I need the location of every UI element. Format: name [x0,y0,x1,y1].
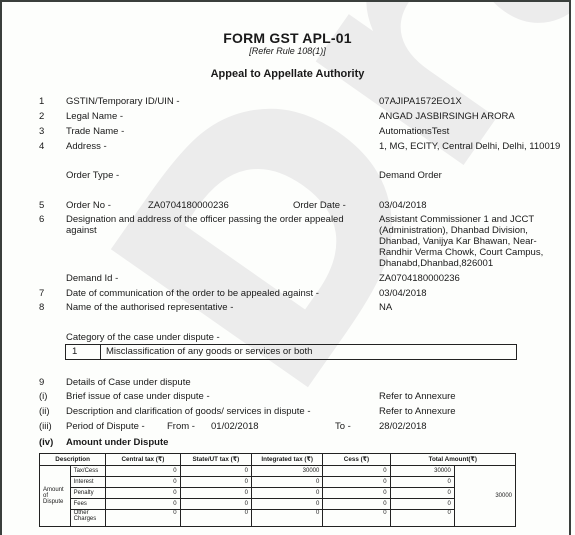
form-subtitle: [Refer Rule 108(1)] [2,46,571,56]
category-text: Misclassification of any goods or servic… [101,345,312,359]
table-row: Amount of DisputeTax/Cess003000003000030… [40,466,516,477]
order-type-label: Order Type - [66,170,119,181]
cess-cell: 0 [323,466,390,477]
order-type-value: Demand Order [379,170,442,181]
total-cell: 30000 [390,466,454,477]
field-number: 6 [39,214,44,225]
field-number: (iii) [39,421,52,432]
description-value: Refer to Annexure [379,406,456,417]
field-number: (ii) [39,406,50,417]
amount-table: Description Central tax (₹) State/UT tax… [39,453,516,527]
gstin-value: 07AJIPA1572EO1X [379,96,462,107]
period-from-value: 01/02/2018 [211,421,259,432]
officer-value: Assistant Commissioner 1 and JCCT (Admin… [379,214,564,269]
period-to-value: 28/02/2018 [379,421,427,432]
period-to-label: To - [335,421,351,432]
state-tax-cell: 0 [180,477,251,488]
table-row: Fees00000 [40,499,516,510]
row-label: Tax/Cess [70,466,106,477]
integrated-tax-cell: 0 [251,510,322,527]
address-label: Address - [66,141,107,152]
comm-date-label: Date of communication of the order to be… [66,288,319,299]
officer-label: Designation and address of the officer p… [66,214,356,236]
cess-cell: 0 [323,477,390,488]
order-date-value: 03/04/2018 [379,200,427,211]
address-value: 1, MG, ECITY, Central Delhi, Delhi, 1100… [379,141,560,152]
representative-label: Name of the authorised representative - [66,302,233,313]
brief-issue-label: Brief issue of case under dispute - [66,391,210,402]
total-cell: 0 [390,499,454,510]
cess-cell: 0 [323,499,390,510]
header-integrated-tax: Integrated tax (₹) [251,454,322,466]
form-heading: Appeal to Appellate Authority [2,68,571,80]
comm-date-value: 03/04/2018 [379,288,427,299]
period-from-label: From - [167,421,195,432]
field-number: 1 [39,96,44,107]
details-label: Details of Case under dispute [66,377,191,388]
period-label: Period of Dispute - [66,421,145,432]
amount-group-label: Amount of Dispute [40,466,71,527]
table-row: Penalty00000 [40,488,516,499]
field-number: 3 [39,126,44,137]
total-cell: 0 [390,477,454,488]
central-tax-cell: 0 [106,477,180,488]
category-number: 1 [66,345,101,359]
row-label: Interest [70,477,106,488]
field-number: 2 [39,111,44,122]
representative-value: NA [379,302,392,313]
header-state-tax: State/UT tax (₹) [180,454,251,466]
gstin-label: GSTIN/Temporary ID/UIN - [66,96,180,107]
integrated-tax-cell: 0 [251,499,322,510]
header-central-tax: Central tax (₹) [106,454,180,466]
row-label: Penalty [70,488,106,499]
total-cell: 0 [390,510,454,527]
grand-total-cell: 30000 [454,466,515,527]
legal-name-value: ANGAD JASBIRSINGH ARORA [379,111,515,122]
description-label: Description and clarification of goods/ … [66,406,310,417]
cess-cell: 0 [323,510,390,527]
total-cell: 0 [390,488,454,499]
header-cess: Cess (₹) [323,454,390,466]
cess-cell: 0 [323,488,390,499]
order-date-label: Order Date - [293,200,346,211]
demand-id-label: Demand Id - [66,273,118,284]
trade-name-label: Trade Name - [66,126,124,137]
integrated-tax-cell: 30000 [251,466,322,477]
amount-label: Amount under Dispute [66,437,168,448]
row-label: Fees [70,499,106,510]
table-row: Interest00000 [40,477,516,488]
order-no-value: ZA0704180000236 [148,200,229,211]
field-number: 5 [39,200,44,211]
state-tax-cell: 0 [180,488,251,499]
header-description: Description [40,454,106,466]
integrated-tax-cell: 0 [251,477,322,488]
central-tax-cell: 0 [106,510,180,527]
trade-name-value: AutomationsTest [379,126,449,137]
state-tax-cell: 0 [180,510,251,527]
state-tax-cell: 0 [180,466,251,477]
field-number: 9 [39,377,44,388]
category-label: Category of the case under dispute - [66,332,220,343]
order-no-label: Order No - [66,200,111,211]
row-label: Other Charges [70,510,106,527]
integrated-tax-cell: 0 [251,488,322,499]
field-number: 4 [39,141,44,152]
field-number: 8 [39,302,44,313]
demand-id-value: ZA0704180000236 [379,273,460,284]
form-page: Draft FORM GST APL-01 [Refer Rule 108(1)… [0,0,571,535]
header-total: Total Amount(₹) [390,454,515,466]
field-number: 7 [39,288,44,299]
central-tax-cell: 0 [106,499,180,510]
table-row: Other Charges00000 [40,510,516,527]
table-header-row: Description Central tax (₹) State/UT tax… [40,454,516,466]
field-number: (iv) [39,437,53,448]
central-tax-cell: 0 [106,466,180,477]
state-tax-cell: 0 [180,499,251,510]
field-number: (i) [39,391,47,402]
form-title: FORM GST APL-01 [2,30,571,46]
legal-name-label: Legal Name - [66,111,123,122]
central-tax-cell: 0 [106,488,180,499]
category-table: 1 Misclassification of any goods or serv… [65,344,517,360]
brief-issue-value: Refer to Annexure [379,391,456,402]
